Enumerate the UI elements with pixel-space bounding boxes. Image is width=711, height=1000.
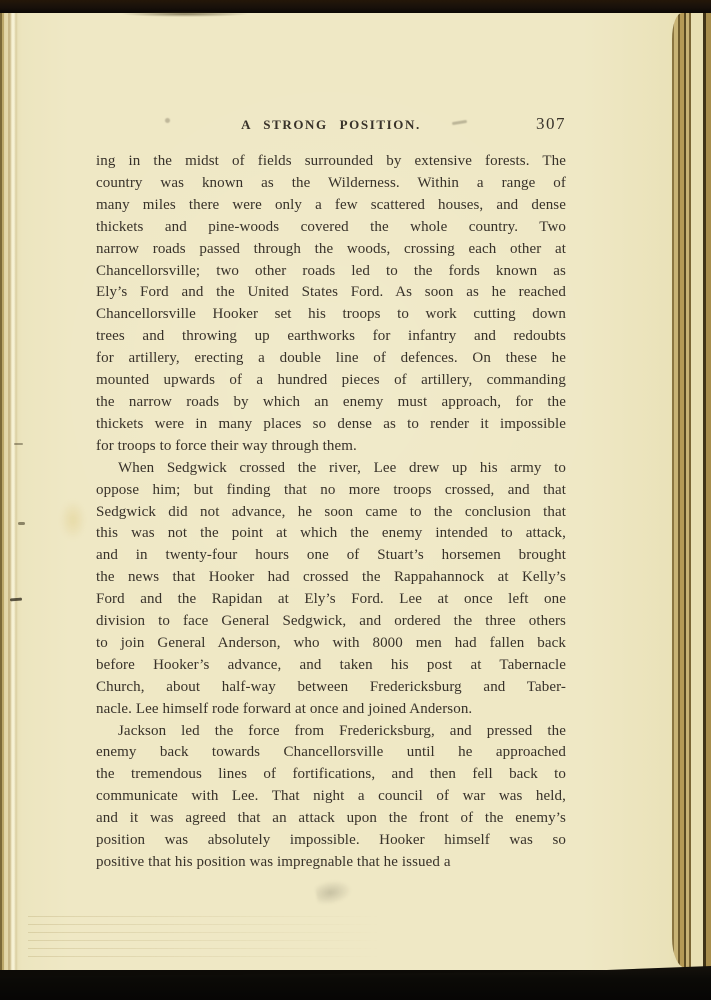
text-line: and in twenty-four hours one of Stuart’s… xyxy=(96,545,566,567)
paragraph: Jackson led the force from Fredericksbur… xyxy=(96,721,566,874)
text-line: for artillery, erecting a double line of… xyxy=(96,348,566,370)
text-line: Church, about half-way between Frederick… xyxy=(96,677,566,699)
page-content: A STRONG POSITION. 307 ing in the midst … xyxy=(96,116,566,874)
text-line: before Hooker’s advance, and taken his p… xyxy=(96,655,566,677)
text-line: the news that Hooker had crossed the Rap… xyxy=(96,567,566,589)
text-line: this was not the point at which the enem… xyxy=(96,523,566,545)
scan-top-shadow xyxy=(0,0,711,13)
text-line: to join General Anderson, who with 8000 … xyxy=(96,633,566,655)
text-line: Jackson led the force from Fredericksbur… xyxy=(96,721,566,743)
speck xyxy=(165,118,170,123)
text-line: enemy back towards Chancellorsville unti… xyxy=(96,742,566,764)
page-edges-right xyxy=(672,13,711,968)
speck xyxy=(14,443,23,445)
text-line: When Sedgwick crossed the river, Lee dre… xyxy=(96,458,566,480)
stain xyxy=(60,500,86,540)
scan-bottom-shadow xyxy=(0,966,711,1000)
text-line: mounted upwards of a hundred pieces of a… xyxy=(96,370,566,392)
page-number: 307 xyxy=(536,114,566,134)
text-line: narrow roads passed through the woods, c… xyxy=(96,239,566,261)
text-line: Ely’s Ford and the United States Ford. A… xyxy=(96,282,566,304)
text-line: the narrow roads by which an enemy must … xyxy=(96,392,566,414)
text-line: positive that his position was impregnab… xyxy=(96,852,566,874)
page-edges-bottom xyxy=(28,916,398,964)
text-line: country was known as the Wilderness. Wit… xyxy=(96,173,566,195)
text-line: ing in the midst of fields surrounded by… xyxy=(96,151,566,173)
text-line: many miles there were only a few scatter… xyxy=(96,195,566,217)
text-column: ing in the midst of fields surrounded by… xyxy=(96,151,566,874)
paragraph: When Sedgwick crossed the river, Lee dre… xyxy=(96,458,566,721)
text-line: for troops to force their way through th… xyxy=(96,436,566,458)
text-line: Chancellorsville; two other roads led to… xyxy=(96,261,566,283)
text-line: and it was agreed that an attack upon th… xyxy=(96,808,566,830)
text-line: thickets were in many places so dense as… xyxy=(96,414,566,436)
page-edge-left xyxy=(0,12,4,970)
text-line: the tremendous lines of fortifications, … xyxy=(96,764,566,786)
text-line: Sedgwick did not advance, he soon came t… xyxy=(96,502,566,524)
text-line: division to face General Sedgwick, and o… xyxy=(96,611,566,633)
speck xyxy=(18,522,25,525)
text-line: position was absolutely impossible. Hook… xyxy=(96,830,566,852)
text-line: Chancellorsville Hooker set his troops t… xyxy=(96,304,566,326)
paragraph: ing in the midst of fields surrounded by… xyxy=(96,151,566,458)
book-scan: A STRONG POSITION. 307 ing in the midst … xyxy=(0,0,711,1000)
running-header-title: A STRONG POSITION. xyxy=(241,117,421,133)
book-page: A STRONG POSITION. 307 ing in the midst … xyxy=(0,12,711,970)
text-line: oppose him; but finding that no more tro… xyxy=(96,480,566,502)
text-line: trees and throwing up earthworks for inf… xyxy=(96,326,566,348)
text-line: communicate with Lee. That night a counc… xyxy=(96,786,566,808)
gutter-crease xyxy=(8,12,18,970)
text-line: Ford and the Rapidan at Ely’s Ford. Lee … xyxy=(96,589,566,611)
text-line: thickets and pine-woods covered the whol… xyxy=(96,217,566,239)
text-line: nacle. Lee himself rode forward at once … xyxy=(96,699,566,721)
